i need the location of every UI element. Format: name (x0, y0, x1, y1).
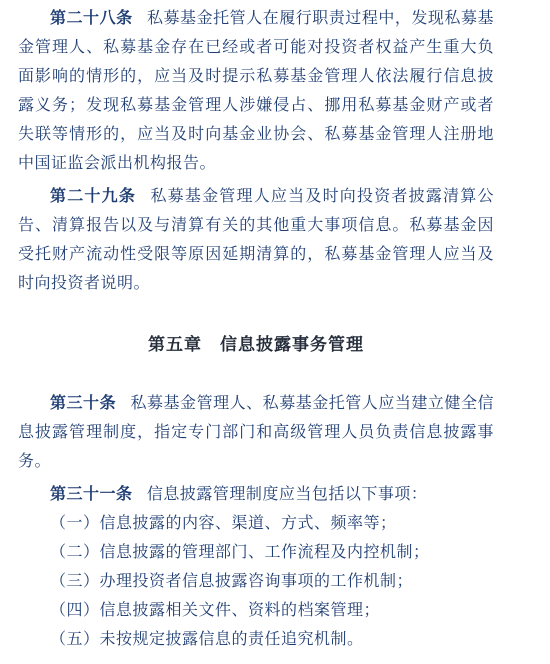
article-28-text: 私募基金托管人在履行职责过程中，发现私募基金管理人、私募基金存在已经或者可能对投… (18, 10, 494, 172)
document-page: 第二十八条私募基金托管人在履行职责过程中，发现私募基金管理人、私募基金存在已经或… (0, 0, 550, 664)
list-item-4: （四）信息披露相关文件、资料的档案管理； (18, 596, 494, 625)
list-item-1: （一）信息披露的内容、渠道、方式、频率等； (18, 509, 494, 538)
article-28-paragraph: 第二十八条私募基金托管人在履行职责过程中，发现私募基金管理人、私募基金存在已经或… (18, 4, 494, 178)
article-29-number: 第二十九条 (50, 188, 136, 205)
list-item-2: （二）信息披露的管理部门、工作流程及内控机制； (18, 538, 494, 567)
article-30-number: 第三十条 (50, 395, 116, 412)
list-item-3: （三）办理投资者信息披露咨询事项的工作机制； (18, 567, 494, 596)
list-item-5: （五）未按规定披露信息的责任追究机制。 (18, 625, 494, 654)
article-31-paragraph: 第三十一条信息披露管理制度应当包括以下事项： (18, 480, 494, 509)
chapter-5-heading: 第五章 信息披露事务管理 (18, 330, 494, 359)
article-28-number: 第二十八条 (50, 10, 133, 27)
article-31-text: 信息披露管理制度应当包括以下事项： (147, 486, 428, 503)
article-30-paragraph: 第三十条私募基金管理人、私募基金托管人应当建立健全信息披露管理制度，指定专门部门… (18, 389, 494, 476)
article-31-number: 第三十一条 (50, 486, 133, 503)
article-29-paragraph: 第二十九条私募基金管理人应当及时向投资者披露清算公告、清算报告以及与清算有关的其… (18, 182, 494, 298)
